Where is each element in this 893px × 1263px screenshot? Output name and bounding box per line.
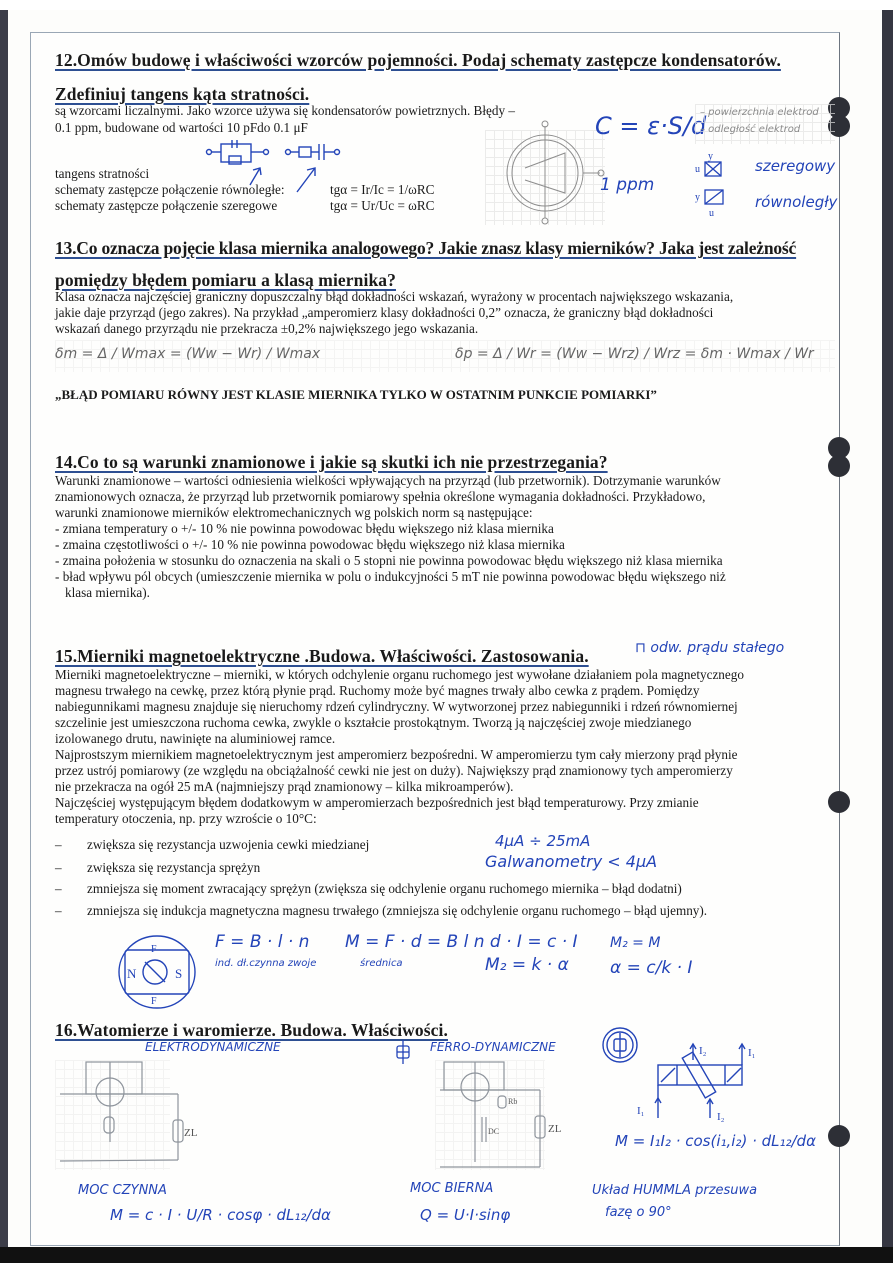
coil-torque-sketch: I₂ I₁ I₁ I₂ xyxy=(655,1040,775,1120)
temperature-effect-item: zmniejsza się indukcja magnetyczna magne… xyxy=(87,903,707,919)
rated-condition-item: - bład wpływu pól obcych (umieszczenie m… xyxy=(55,569,726,585)
current-label: I₁ xyxy=(748,1047,756,1059)
hummel-note-phase: fazę o 90° xyxy=(605,1205,672,1220)
air-capacitor-sketch xyxy=(495,118,605,228)
section-15-body-line: magnesu trwałego na cewkę, przez którą p… xyxy=(55,683,700,699)
magnet-meter-sketch: N S F F xyxy=(115,932,205,1012)
section-14-body-line: znamionowych oznacza, że przyrząd lub pr… xyxy=(55,489,705,505)
current-range-note: 4μA ÷ 25mA xyxy=(495,832,590,850)
section-12-title: 12.Omów budowę i właściwości wzorców poj… xyxy=(55,50,781,71)
temperature-effect-dash: – xyxy=(55,881,62,897)
dynamometer-torque-formula: M = I₁I₂ · cos(i₁,i₂) · dL₁₂/dα xyxy=(615,1132,816,1150)
temperature-effect-item: zmniejsza się moment zwracający sprężyn … xyxy=(87,881,682,897)
capacitance-formula: C = ε·S/d xyxy=(595,112,706,140)
section-15-body-line: szczelinie jest umieszczona ruchoma cewk… xyxy=(55,715,691,731)
section-15-title: 15.Mierniki magnetoelektryczne .Budowa. … xyxy=(55,646,589,667)
section-14-title: 14.Co to są warunki znamionowe i jakie s… xyxy=(55,452,608,473)
rb-label: Rb xyxy=(508,1097,517,1106)
hummel-note: Układ HUMMLA przesuwa xyxy=(592,1183,757,1198)
rated-condition-item: klasa miernika). xyxy=(55,585,150,601)
rated-condition-item: - zmaina częstotliwości o +/- 10 % nie p… xyxy=(55,537,565,553)
active-power-circuit: ZL xyxy=(60,1062,190,1162)
reactive-power-label: MOC BIERNA xyxy=(410,1181,493,1196)
deflection-formula: α = c/k · I xyxy=(610,958,692,978)
relative-error-formula-right: δp = Δ / Wr = (Ww − Wrz) / Wrz = δm · Wm… xyxy=(455,346,814,362)
section-14-body-line: warunki znamionowe mierników elektromech… xyxy=(55,505,533,521)
section-15-body-line: Najprostszym miernikiem magnetoelektrycz… xyxy=(55,747,737,763)
temperature-effect-item: zwiększa się rezystancja sprężyn xyxy=(87,860,260,876)
ferrodynamic-symbol-icon xyxy=(600,1025,640,1065)
temperature-effect-item: zwiększa się rezystancja uzwojenia cewki… xyxy=(87,837,369,853)
section-15-body-line: Najczęściej występującym błędem dodatkow… xyxy=(55,795,699,811)
force-label: F xyxy=(151,996,157,1007)
section-13-title: 13.Co oznacza pojęcie klasa miernika ana… xyxy=(55,238,796,259)
pencil-note-distance-electrode: – odległość elektrod xyxy=(700,124,800,135)
relative-error-formula-left: δm = Δ / Wmax = (Ww − Wr) / Wmax xyxy=(55,346,320,362)
ferrodynamic-label: FERRO-DYNAMICZNE xyxy=(430,1040,556,1054)
dc-label: DC xyxy=(488,1127,499,1136)
pencil-note-area-electrode: – powierzchnia elektrod xyxy=(700,107,819,118)
tangens-label: tangens stratności xyxy=(55,166,149,182)
electrodynamic-symbol-icon xyxy=(393,1040,413,1064)
series-note: szeregowy xyxy=(755,157,835,175)
magnet-s-label: S xyxy=(175,966,182,981)
punch-hole-icon xyxy=(828,791,850,813)
section-16-title: 16.Watomierze i waromierze. Budowa. Właś… xyxy=(55,1020,448,1041)
section-14-body-line: Warunki znamionowe – wartości odniesieni… xyxy=(55,473,721,489)
series-capacitor-sketch xyxy=(285,140,365,195)
torque-formula-legend: średnica xyxy=(360,958,403,969)
temperature-effect-dash: – xyxy=(55,837,62,853)
punch-hole-icon xyxy=(828,1125,850,1147)
series-phasor-sketch: y u y u xyxy=(695,150,735,220)
load-label: ZL xyxy=(548,1123,562,1135)
temperature-effect-dash: – xyxy=(55,903,62,919)
load-label: ZL xyxy=(184,1127,198,1139)
reactive-power-circuit: Rb DC ZL xyxy=(440,1062,560,1172)
current-label: I₁ xyxy=(637,1105,645,1117)
section-15-body-line: nabiegunnikami magnesu znajduje się nier… xyxy=(55,699,738,715)
section-13-body-line: Klasa oznacza najczęściej graniczny dopu… xyxy=(55,289,733,305)
torque-balance-formula: M₂ = M xyxy=(610,935,660,951)
section-15-body-line: izolowanego drutu, nawinięte na aluminio… xyxy=(55,731,335,747)
section-13-body-line: jakie daje przyrząd (jego zakres). Na pr… xyxy=(55,305,713,321)
scan-right-edge xyxy=(882,10,893,1250)
section-12-body-line: są wzorcami liczalnymi. Jako wzorce używ… xyxy=(55,103,515,119)
series-schema-label: schematy zastępcze połączenie szeregowe xyxy=(55,198,277,214)
section-12-subtitle: Zdefiniuj tangens kąta stratności. xyxy=(55,84,309,105)
class-error-quote: „BŁĄD POMIARU RÓWNY JEST KLASIE MIERNIKA… xyxy=(55,387,657,403)
torque-formula: M = F · d = B l n d · I = c · I xyxy=(345,932,578,952)
svg-text:y: y xyxy=(708,151,713,162)
svg-text:u: u xyxy=(695,164,700,175)
force-label: F xyxy=(151,944,157,955)
parallel-capacitor-sketch xyxy=(205,140,285,190)
galvanometer-note: Galwanometry < 4μA xyxy=(485,852,657,871)
rated-condition-item: - zmaina położenia w stosunku do oznacze… xyxy=(55,553,723,569)
svg-text:u: u xyxy=(709,208,714,219)
reactive-power-formula: Q = U·I·sinφ xyxy=(420,1206,510,1224)
force-formula-legend: ind. dł.czynna zwoje xyxy=(215,958,316,969)
active-power-formula: M = c · I · U/R · cosφ · dL₁₂/dα xyxy=(110,1206,331,1224)
current-label: I₂ xyxy=(699,1045,707,1057)
series-formula: tgα = Ur/Uc = ωRC xyxy=(330,198,434,214)
rated-condition-item: - zmiana temperatury o +/- 10 % nie powi… xyxy=(55,521,554,537)
section-15-body-line: Mierniki magnetoelektryczne – mierniki, … xyxy=(55,667,744,683)
dc-meter-note: ⊓ odw. prądu stałego xyxy=(635,640,784,656)
scan-top-margin xyxy=(0,0,893,10)
scan-bottom-edge xyxy=(0,1247,893,1263)
current-label: I₂ xyxy=(717,1111,725,1123)
temperature-effect-dash: – xyxy=(55,860,62,876)
force-formula: F = B · l · n xyxy=(215,932,309,952)
punch-hole-icon xyxy=(828,455,850,477)
scan-left-edge xyxy=(0,10,8,1250)
spring-torque-formula: M₂ = k · α xyxy=(485,955,569,975)
section-13-subtitle: pomiędzy błędem pomiaru a klasą miernika… xyxy=(55,270,396,291)
section-13-body-line: wskazań danego przyrządu nie przekracza … xyxy=(55,321,478,337)
parallel-note: równoległy xyxy=(755,193,837,211)
section-15-body-line: przez ustrój pomiarowy (ze względu na ob… xyxy=(55,763,733,779)
active-power-label: MOC CZYNNA xyxy=(78,1183,167,1198)
electrodynamic-label: ELEKTRODYNAMICZNE xyxy=(145,1040,281,1054)
section-15-body-line: nie przekracza na ogół 25 mA (najmniejsz… xyxy=(55,779,513,795)
magnet-n-label: N xyxy=(127,966,137,981)
section-12-body-line: 0.1 ppm, budowane od wartości 10 pFdo 0.… xyxy=(55,120,308,136)
section-15-body-line: temperatury otoczenia, np. przy wzroście… xyxy=(55,811,317,827)
ppm-note: 1 ppm xyxy=(600,175,654,195)
svg-text:y: y xyxy=(695,192,700,203)
